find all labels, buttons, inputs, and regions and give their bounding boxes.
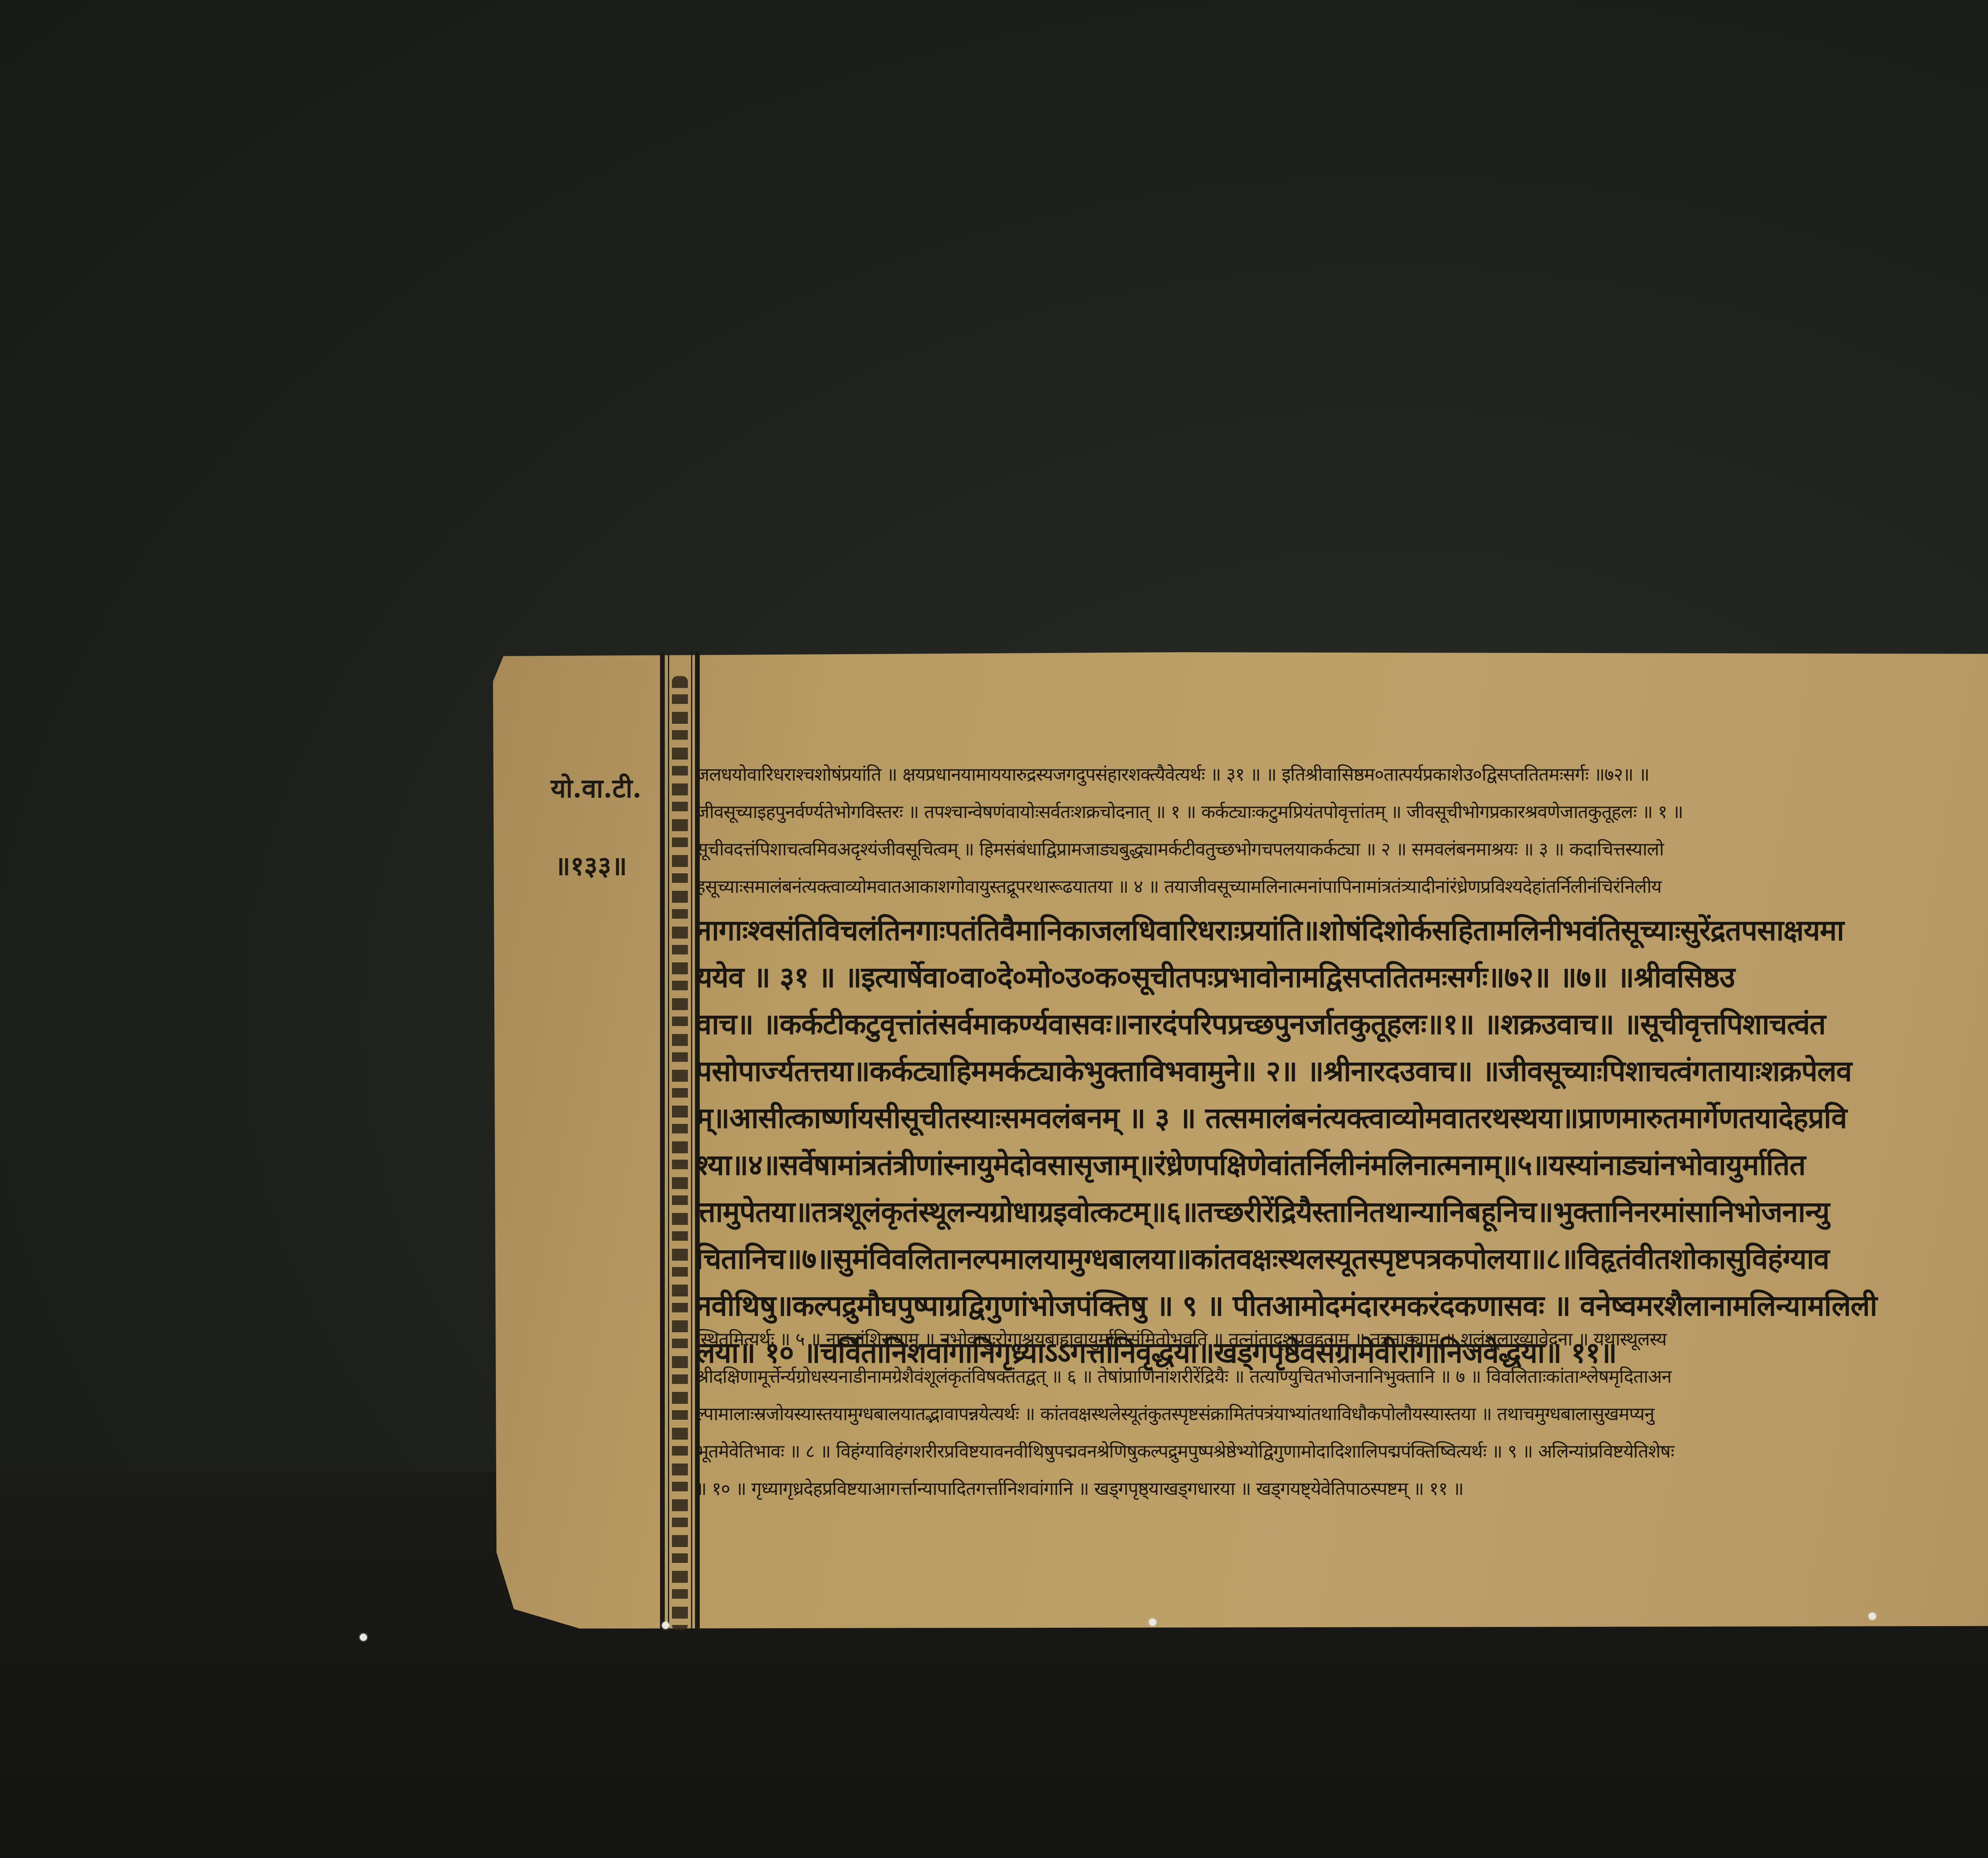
mounting-pin (1149, 1619, 1156, 1626)
verse-line: श्या॥४॥सर्वेषामांत्रतंत्रीणांस्नायुमेदोव… (696, 1141, 1988, 1188)
commentary-line: ॥ १० ॥ गृध्यागृध्रदेहप्रविष्टयाआगर्त्तान… (696, 1470, 1988, 1507)
commentary-line: जलधयोवारिधराश्चशोषंप्रयांति ॥ क्षयप्रधान… (696, 756, 1988, 793)
commentary-line: स्थितमित्यर्थः ॥ ५ ॥ नाड्यांशिरायाम् ॥ न… (696, 1320, 1988, 1358)
left-margin-page-number: ॥१३३॥ (555, 847, 627, 883)
bottom-commentary: स्थितमित्यर्थः ॥ ५ ॥ नाड्यांशिरायाम् ॥ न… (696, 1320, 1988, 1507)
commentary-line: सूचीवदत्तंपिशाचत्वमिवअदृश्यंजीवसूचित्वम्… (696, 830, 1988, 868)
top-commentary: जलधयोवारिधराश्चशोषंप्रयांति ॥ क्षयप्रधान… (696, 756, 1988, 905)
mounting-pin (1869, 1613, 1876, 1620)
commentary-line: भूतमेवेतिभावः ॥ ८ ॥ विहंग्याविहंगशरीरप्र… (696, 1432, 1988, 1470)
left-margin-header: यो.वा.टी. (551, 770, 641, 805)
commentary-line: जीवसूच्याइहपुनर्वर्ण्यतेभोगविस्तरः ॥ तपश… (696, 793, 1988, 830)
mounting-pin (662, 1622, 669, 1629)
commentary-line: हसूच्याःसमालंबनंत्यक्त्वाव्योमवातआकाशगोव… (696, 868, 1988, 905)
floral-ornament-strip (672, 676, 688, 1631)
mounting-pin (360, 1634, 367, 1641)
verse-line: चितानिच॥७॥सुमंविवलितानल्पमालयामुग्धबालया… (696, 1235, 1988, 1282)
verse-line: पसोपार्ज्यतत्तया॥कर्कट्याहिममर्कट्याकेभु… (696, 1048, 1988, 1094)
verse-line: वाच॥ ॥कर्कटीकटुवृत्तांतंसर्वमाकर्ण्यवासव… (696, 1001, 1988, 1048)
verse-line: नागाःश्वसंतिविचलंतिनगाःपतंतिवैमानिकाजलधि… (696, 907, 1988, 954)
verse-line: म्॥आसीत्कार्ष्णायसीसूचीतस्याःसमवलंबनम् ॥… (696, 1094, 1988, 1141)
commentary-line: ल्पामालाःस्रजोयस्यास्तयामुग्धबालयातद्भाव… (696, 1395, 1988, 1432)
verse-line: त्तामुपेतया॥तत्रशूलंकृतंस्थूलन्यग्रोधाग्… (696, 1188, 1988, 1235)
verse-text: नागाःश्वसंतिविचलंतिनगाःपतंतिवैमानिकाजलधि… (696, 907, 1988, 1376)
verse-line: ययेव ॥ ३१ ॥ ॥इत्यार्षेवा०वा०दे०मो०उ०क०सू… (696, 954, 1988, 1001)
commentary-line: श्रीदक्षिणामूर्त्तेर्न्यग्रोधस्यनाडीनामग… (696, 1358, 1988, 1395)
left-ornamental-border (660, 652, 700, 1631)
